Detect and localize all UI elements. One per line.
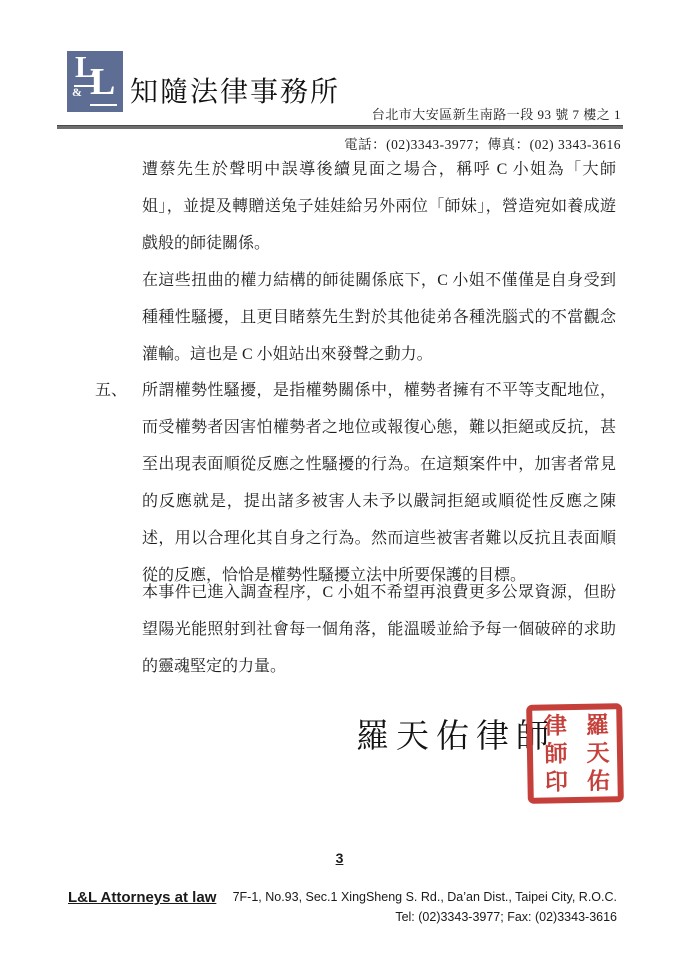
body-paragraph-1: 遭蔡先生於聲明中誤導後續見面之場合，稱呼 C 小姐為「大師姐」，並提及轉贈送兔子… [142,151,616,262]
page-number: 3 [0,850,679,866]
logo-underline-bottom [90,104,117,106]
footer-address-en: 7F-1, No.93, Sec.1 XingSheng S. Rd., Da’… [233,887,617,907]
logo-letter-l-second: L [90,63,115,101]
header-phone-fax: 電話：(02)3343-3977；傳真：(02) 3343-3616 [344,133,621,153]
document-page: L & L 知隨法律事務所 台北市大安區新生南路一段 93 號 7 樓之 1 電… [0,0,679,960]
firm-logo: L & L [67,51,123,112]
footer-contact-block: 7F-1, No.93, Sec.1 XingSheng S. Rd., Da’… [233,887,617,927]
header-address: 台北市大安區新生南路一段 93 號 7 樓之 1 [372,104,621,123]
body-paragraph-2: 在這些扭曲的權力結構的師徒關係底下，C 小姐不僅僅是自身受到種種性騷擾，且更目睹… [142,262,616,373]
logo-ampersand: & [72,86,82,98]
footer-firm-name-en: L&L Attorneys at law [68,889,216,906]
list-item-5-text: 所謂權勢性騷擾，是指權勢關係中，權勢者擁有不平等支配地位，而受權勢者因害怕權勢者… [142,372,616,594]
header-divider-rule [57,125,623,129]
seal-column-left: 律師印 [542,713,566,797]
seal-characters: 羅天佑 律師印 [532,709,618,797]
seal-column-right: 羅天佑 [584,712,608,796]
firm-name-title: 知隨法律事務所 [130,70,340,110]
list-item-5-marker: 五、 [95,372,127,409]
footer-tel-fax-en: Tel: (02)3343-3977; Fax: (02)3343-3616 [233,907,617,927]
lawyer-seal-stamp: 羅天佑 律師印 [526,703,624,804]
body-paragraph-4: 本事件已進入調查程序，C 小姐不希望再浪費更多公眾資源，但盼望陽光能照射到社會每… [142,574,616,685]
